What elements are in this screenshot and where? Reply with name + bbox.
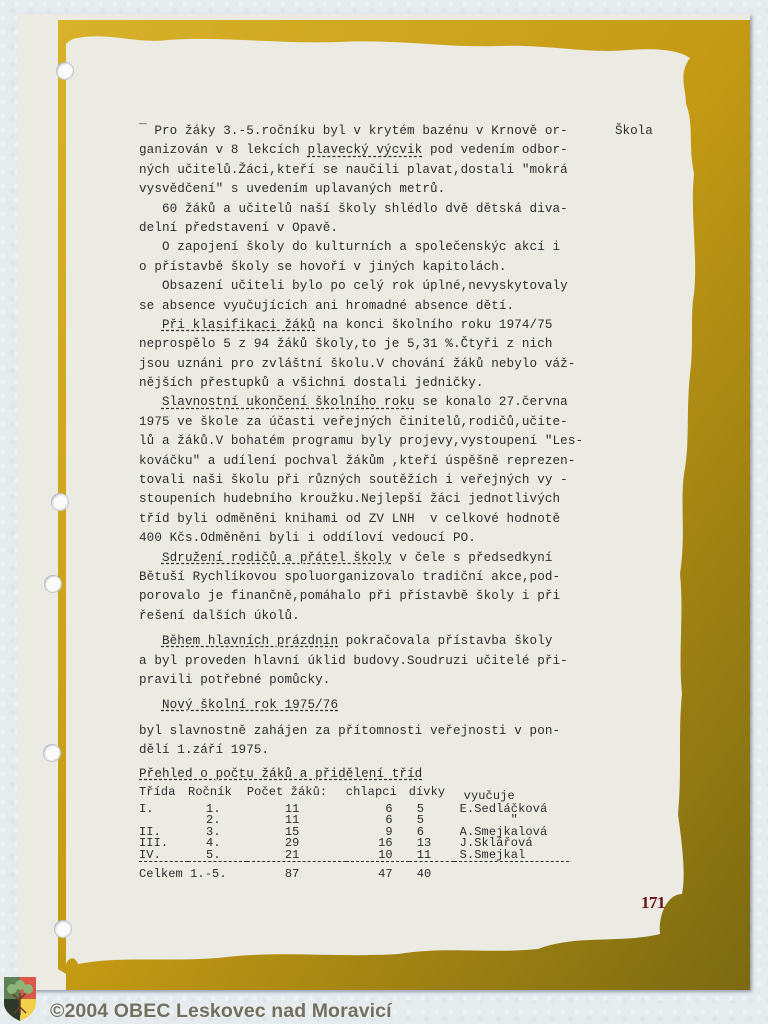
punch-hole <box>43 744 61 762</box>
table-header-row: Třída Ročník Počet žáků: chlapci dívky v… <box>139 784 569 804</box>
underlined-phrase: Sdružení rodičů a přátel školy <box>162 551 392 565</box>
cell-pocet: 21 <box>247 850 346 862</box>
text-line: Obsazení učiteli bylo po celý rok úplné,… <box>139 277 609 296</box>
page-number: 171 <box>641 893 665 913</box>
underlined-phrase: plavecký výcvik <box>307 143 422 157</box>
copyright-watermark: ©2004 OBEC Leskovec nad Moravicí <box>50 1000 392 1023</box>
typewritten-text: ¯ Pro žáky 3.-5.ročníku byl v krytém baz… <box>139 122 609 885</box>
cell-divky: 5 <box>409 804 454 816</box>
punch-hole <box>54 920 72 938</box>
header-chlapci: chlapci <box>346 784 409 804</box>
text-line: o přístavbě školy se hovoří v jiných kap… <box>139 258 609 277</box>
table-row: I.1.1165E.Sedláčková <box>139 804 569 816</box>
table-title: Přehled o počtu žáků a přidělení tříd <box>139 765 609 784</box>
cell-chlapci: 10 <box>346 850 409 862</box>
text-line: pravili potřebné pomůcky. <box>139 671 609 690</box>
text-line: dělí 1.září 1975. <box>139 741 609 760</box>
text-line: nějších přestupků a všichni dostali jedn… <box>139 374 609 393</box>
total-divky: 40 <box>409 862 454 886</box>
text-line: Během hlavních prázdnin pokračovala přís… <box>139 632 609 651</box>
punch-hole <box>44 575 62 593</box>
total-vyucuje <box>454 862 569 886</box>
text-line: 400 Kčs.Odměněni byli i oddíloví vedoucí… <box>139 529 609 548</box>
text-line: neprospělo 5 z 94 žáků školy,to je 5,31 … <box>139 335 609 354</box>
punch-hole <box>51 493 69 511</box>
text-line: 1975 ve škole za účasti veřejných činite… <box>139 413 609 432</box>
text-line: O zapojení školy do kulturních a společe… <box>139 238 609 257</box>
text-line: stoupeních hudebního kroužku.Nejlepší žá… <box>139 490 609 509</box>
header-rocnik: Ročník <box>188 784 247 804</box>
header-vyucuje: vyučuje <box>454 784 569 804</box>
underlined-phrase: Při klasifikaci žáků <box>162 318 315 332</box>
cell-divky: 6 <box>409 827 454 839</box>
text-line: Slavnostní ukončení školního roku se kon… <box>139 393 609 412</box>
cell-trida: IV. <box>139 850 188 862</box>
underlined-phrase: Slavnostní ukončení školního roku <box>162 395 415 409</box>
class-overview-table: Třída Ročník Počet žáků: chlapci dívky v… <box>139 784 569 886</box>
text-line: ¯ Pro žáky 3.-5.ročníku byl v krytém baz… <box>139 122 609 141</box>
table-body: I.1.1165E.Sedláčková2.1165"II.3.1596A.Sm… <box>139 804 569 886</box>
cell-divky: 5 <box>409 815 454 827</box>
margin-note: Škola <box>615 122 653 141</box>
table-title-text: Přehled o počtu žáků a přidělení tříd <box>139 767 422 781</box>
coat-of-arms-logo <box>2 975 38 1023</box>
text-line: lů a žáků.V bohatém programu byly projev… <box>139 432 609 451</box>
underlined-phrase: Nový školní rok 1975/76 <box>162 698 338 712</box>
header-divky: dívky <box>409 784 454 804</box>
text-line: delní představení v Opavě. <box>139 219 609 238</box>
header-trida: Třída <box>139 784 188 804</box>
text-line: ných učitelů.Žáci,kteří se naučili plava… <box>139 161 609 180</box>
cell-trida: I. <box>139 804 188 816</box>
cell-chlapci: 6 <box>346 804 409 816</box>
text-line: se absence vyučujících ani hromadné abse… <box>139 297 609 316</box>
cell-vyucuje: S.Smejkal <box>454 850 569 862</box>
text-line: Bětuší Rychlíkovou spoluorganizovalo tra… <box>139 568 609 587</box>
underlined-phrase: Během hlavních prázdnin <box>162 634 338 648</box>
total-label: Celkem 1.-5. <box>139 862 247 886</box>
text-line: tříd byli odměněni knihami od ZV LNH v c… <box>139 510 609 529</box>
paragraphs: ¯ Pro žáky 3.-5.ročníku byl v krytém baz… <box>139 122 609 761</box>
table-total-row: Celkem 1.-5.874740 <box>139 862 569 886</box>
cell-divky: 11 <box>409 850 454 862</box>
text-line: byl slavnostně zahájen za přítomnosti ve… <box>139 722 609 741</box>
text-line: 60 žáků a učitelů naší školy shlédlo dvě… <box>139 200 609 219</box>
text-line: řešení dalších úkolů. <box>139 607 609 626</box>
text-line: a byl proveden hlavní úklid budovy.Soudr… <box>139 652 609 671</box>
text-line: Sdružení rodičů a přátel školy v čele s … <box>139 549 609 568</box>
punch-hole <box>56 62 74 80</box>
table-row: IV.5.211011S.Smejkal <box>139 850 569 862</box>
text-line: ganizován v 8 lekcích plavecký výcvik po… <box>139 141 609 160</box>
text-line: jsou uznáni pro zvláštní školu.V chování… <box>139 355 609 374</box>
cell-rocnik: 5. <box>188 850 247 862</box>
header-pocet: Počet žáků: <box>247 784 346 804</box>
text-line: tovali naši školu při různých soutěžích … <box>139 471 609 490</box>
total-pocet: 87 <box>247 862 346 886</box>
text-line: porovalo je finančně,pomáhalo při přísta… <box>139 587 609 606</box>
text-line: kováčku" a udílení pochval žákům ,kteří … <box>139 452 609 471</box>
text-line: Při klasifikaci žáků na konci školního r… <box>139 316 609 335</box>
cell-divky: 13 <box>409 838 454 850</box>
text-line: vysvědčení" s uvedením uplavaných metrů. <box>139 180 609 199</box>
total-chlapci: 47 <box>346 862 409 886</box>
text-line: Nový školní rok 1975/76 <box>139 696 609 715</box>
cell-chlapci: 6 <box>346 815 409 827</box>
